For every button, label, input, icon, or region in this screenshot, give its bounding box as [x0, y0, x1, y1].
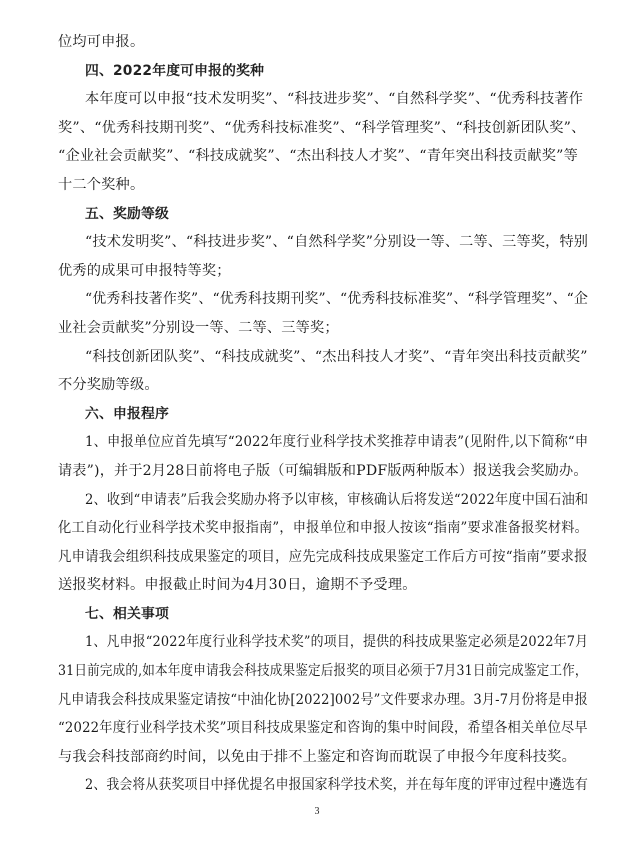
paragraph-line: 送报奖材料。申报截止时间为4月30日，逾期不予受理。: [58, 571, 588, 600]
paragraph-line: 优秀的成果可申报特等奖；: [58, 257, 588, 286]
paragraph-line: 31日前完成的,如本年度申请我会科技成果鉴定后报奖的项目必须于7月31日前完成鉴…: [58, 657, 588, 686]
paragraph-line: 请表”)，并于2月28日前将电子版（可编辑版和PDF版两种版本）报送我会奖励办。: [58, 457, 588, 486]
paragraph-line: “科技创新团队奖”、“科技成就奖”、“杰出科技人才奖”、“青年突出科技贡献奖”: [58, 343, 588, 372]
section-heading-5: 五、奖励等级: [58, 200, 588, 229]
document-page: 位均可申报。 四、2022年度可申报的奖种 本年度可以申报“技术发明奖”、“科技…: [58, 28, 588, 800]
paragraph-line: 2、收到“申请表”后我会奖励办将予以审核，审核确认后将发送“2022年度中国石油…: [58, 486, 588, 515]
paragraph-line: 1、凡申报“2022年度行业科学技术奖”的项目，提供的科技成果鉴定必须是2022…: [58, 628, 588, 657]
section-heading-6: 六、申报程序: [58, 400, 588, 429]
paragraph-line: “优秀科技著作奖”、“优秀科技期刊奖”、“优秀科技标准奖”、“科学管理奖”、“企: [58, 285, 588, 314]
paragraph-line: 与我会科技部商约时间，以免由于排不上鉴定和咨询而耽误了申报今年度科技奖。: [58, 743, 588, 772]
page-number: 3: [0, 806, 634, 817]
section-heading-7: 七、相关事项: [58, 600, 588, 629]
paragraph-line: 十二个奖种。: [58, 171, 588, 200]
section-heading-4: 四、2022年度可申报的奖种: [58, 57, 588, 86]
paragraph-line: “企业社会贡献奖”、“科技成就奖”、“杰出科技人才奖”、“青年突出科技贡献奖”等: [58, 142, 588, 171]
paragraph-line: 1、申报单位应首先填写“2022年度行业科学技术奖推荐申请表”(见附件,以下简称…: [58, 428, 588, 457]
paragraph-line: 本年度可以申报“技术发明奖”、“科技进步奖”、“自然科学奖”、“优秀科技著作: [58, 85, 588, 114]
paragraph-line: 奖”、“优秀科技期刊奖”、“优秀科技标准奖”、“科学管理奖”、“科技创新团队奖”…: [58, 114, 588, 143]
paragraph-line: 凡申请我会组织科技成果鉴定的项目，应先完成科技成果鉴定工作后方可按“指南”要求报: [58, 543, 588, 572]
paragraph-line: 凡申请我会科技成果鉴定请按“中油化协[2022]002号”文件要求办理。3月-7…: [58, 686, 588, 715]
text-line: 位均可申报。: [58, 28, 588, 57]
paragraph-line: 化工自动化行业科学技术奖申报指南”，申报单位和申报人按该“指南”要求准备报奖材料…: [58, 514, 588, 543]
paragraph-line: “2022年度行业科学技术奖”项目科技成果鉴定和咨询的集中时间段，希望各相关单位…: [58, 714, 588, 743]
paragraph-line: “技术发明奖”、“科技进步奖”、“自然科学奖”分别设一等、二等、三等奖，特别: [58, 228, 588, 257]
paragraph-line: 2、我会将从获奖项目中择优提名申报国家科学技术奖，并在每年度的评审过程中遴选有: [58, 771, 588, 800]
paragraph-line: 业社会贡献奖”分别设一等、二等、三等奖；: [58, 314, 588, 343]
paragraph-line: 不分奖励等级。: [58, 371, 588, 400]
